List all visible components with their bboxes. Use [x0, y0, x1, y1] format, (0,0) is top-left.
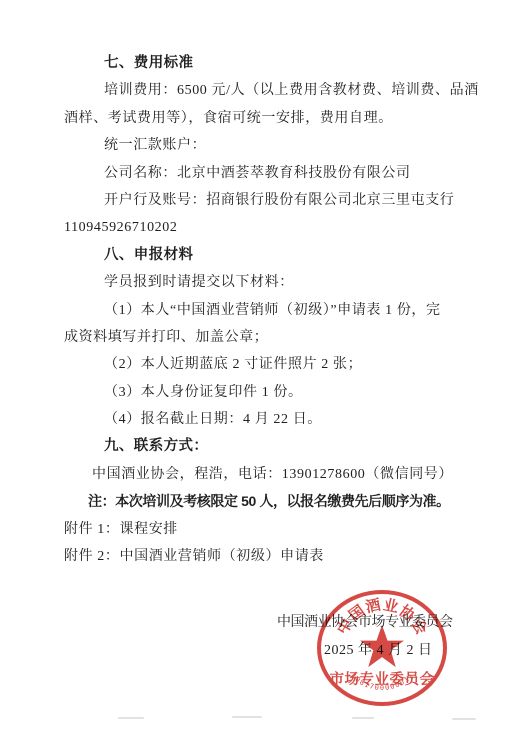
- official-seal: 中国酒业协会 市场专业委员会 1100000071801: [317, 590, 447, 706]
- line-company-name: 公司名称：北京中酒荟萃教育科技股份有限公司: [64, 160, 513, 187]
- line-contact-detail: 中国酒业协会，程浩，电话：13901278600（微信同号）: [64, 461, 513, 488]
- star-icon: [359, 625, 405, 674]
- line-materials-intro: 学员报到时请提交以下材料：: [64, 269, 513, 296]
- line-attachment-1: 附件 1：课程安排: [64, 516, 513, 543]
- line-material-3: （3）本人身份证复印件 1 份。: [64, 379, 513, 406]
- line-remittance-account: 统一汇款账户：: [64, 132, 513, 159]
- scan-artifact: [118, 717, 144, 719]
- heading-contact: 九、联系方式：: [64, 433, 513, 460]
- line-material-4-deadline: （4）报名截止日期：4 月 22 日。: [64, 406, 513, 433]
- scan-artifact: [232, 716, 262, 718]
- scan-artifact: [452, 718, 476, 720]
- heading-fee-standard: 七、费用标准: [64, 50, 513, 77]
- document-page: 七、费用标准 培训费用：6500 元/人（以上费用含教材费、培训费、品酒 酒样、…: [0, 0, 513, 729]
- line-material-1b: 成资料填写并打印、加盖公章；: [64, 324, 513, 351]
- line-material-1a: （1）本人“中国酒业营销师（初级）”申请表 1 份，完: [64, 297, 513, 324]
- heading-application-materials: 八、申报材料: [64, 242, 513, 269]
- scan-artifact: [352, 717, 374, 719]
- line-note-limit: 注：本次培训及考核限定 50 人，以报名缴费先后顺序为准。: [64, 488, 513, 515]
- line-attachment-2: 附件 2：中国酒业营销师（初级）申请表: [64, 543, 513, 570]
- line-account-number: 110945926710202: [64, 214, 513, 241]
- line-bank-branch: 开户行及账号：招商银行股份有限公司北京三里屯支行: [64, 187, 513, 214]
- document-body: 七、费用标准 培训费用：6500 元/人（以上费用含教材费、培训费、品酒 酒样、…: [64, 50, 513, 570]
- line-fee-detail-2: 酒样、考试费用等），食宿可统一安排，费用自理。: [64, 105, 513, 132]
- line-fee-detail-1: 培训费用：6500 元/人（以上费用含教材费、培训费、品酒: [64, 77, 513, 104]
- line-material-2: （2）本人近期蓝底 2 寸证件照片 2 张；: [64, 351, 513, 378]
